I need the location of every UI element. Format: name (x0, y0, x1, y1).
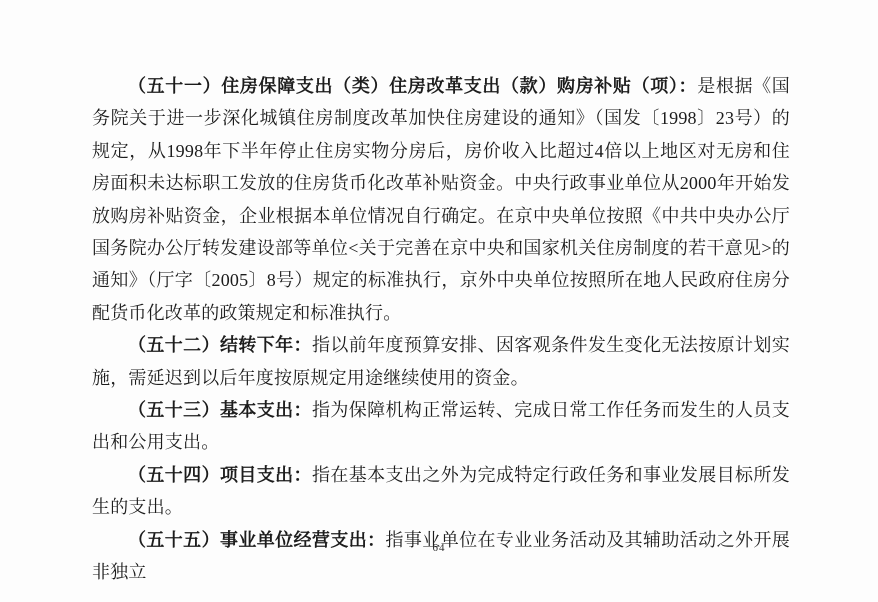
paragraph-term-52: （五十二）结转下年：指以前年度预算安排、因客观条件发生变化无法按原计划实施，需延… (92, 329, 790, 394)
document-body: （五十一）住房保障支出（类）住房改革支出（款）购房补贴（项）：是根据《国务院关于… (92, 70, 790, 589)
paragraph-term-51: （五十一）住房保障支出（类）住房改革支出（款）购房补贴（项）：是根据《国务院关于… (92, 70, 790, 329)
term-heading: （五十二）结转下年： (128, 335, 312, 355)
term-heading: （五十一）住房保障支出（类）住房改革支出（款）购房补贴（项）： (128, 76, 697, 96)
document-page: （五十一）住房保障支出（类）住房改革支出（款）购房补贴（项）：是根据《国务院关于… (0, 0, 878, 602)
term-definition: 是根据《国务院关于进一步深化城镇住房制度改革加快住房建设的通知》（国发〔1998… (92, 76, 790, 323)
term-heading: （五十四）项目支出： (128, 465, 312, 485)
paragraph-term-53: （五十三）基本支出：指为保障机构正常运转、完成日常工作任务而发生的人员支出和公用… (92, 394, 790, 459)
paragraph-term-54: （五十四）项目支出：指在基本支出之外为完成特定行政任务和事业发展目标所发生的支出… (92, 459, 790, 524)
page-number: 64 (0, 542, 878, 554)
term-heading: （五十三）基本支出： (128, 400, 312, 420)
paragraph-term-55: （五十五）事业单位经营支出：指事业单位在专业业务活动及其辅助活动之外开展非独立 (92, 524, 790, 589)
